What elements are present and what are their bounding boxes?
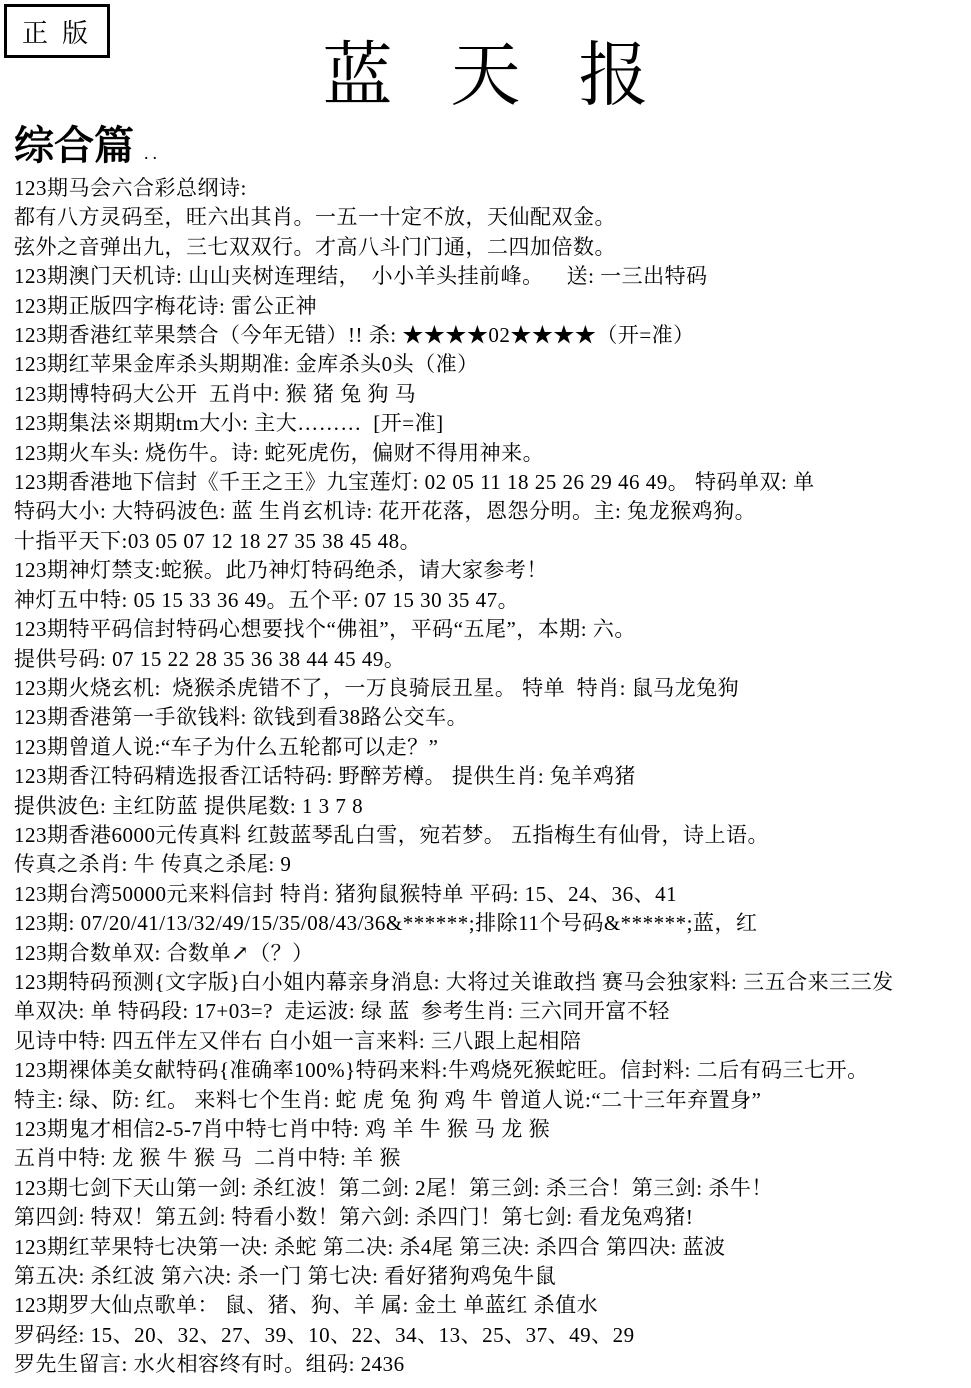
text-line: 罗先生留言: 水火相容终有时。组码: 2436 xyxy=(14,1350,971,1379)
text-line: 123期香港第一手欲钱料: 欲钱到看38路公交车。 xyxy=(14,703,971,732)
text-line: 123期正版四字梅花诗: 雷公正神 xyxy=(14,292,971,321)
text-line: 123期澳门天机诗: 山山夹树连理结， 小小羊头挂前峰。 送: 一三出特码 xyxy=(14,262,971,291)
text-line: 单双决: 单 特码段: 17+03=? 走运波: 绿 蓝 参考生肖: 三六同开富… xyxy=(14,997,971,1026)
text-line: 123期香江特码精选报香江话特码: 野醉芳樽。 提供生肖: 兔羊鸡猪 xyxy=(14,762,971,791)
text-line: 特主: 绿、防: 红。 来料七个生肖: 蛇 虎 兔 狗 鸡 牛 曾道人说:“二十… xyxy=(14,1086,971,1115)
section-title: 综合篇 xyxy=(14,123,134,168)
text-line: 123期神灯禁支:蛇猴。此乃神灯特码绝杀，请大家参考！ xyxy=(14,556,971,585)
text-line: 五肖中特: 龙 猴 牛 猴 马 二肖中特: 羊 猴 xyxy=(14,1144,971,1173)
newspaper-page: 正版 蓝天报 综合篇.. 123期马会六合彩总纲诗:都有八方灵码至，旺六出其肖。… xyxy=(0,0,971,1388)
page-title: 蓝天报 xyxy=(0,0,971,112)
text-line: 提供号码: 07 15 22 28 35 36 38 44 45 49。 xyxy=(14,645,971,674)
text-line: 123期七剑下天山第一剑: 杀红波！第二剑: 2尾！第三剑: 杀三合！第三剑: … xyxy=(14,1174,971,1203)
text-line: 提供波色: 主红防蓝 提供尾数: 1 3 7 8 xyxy=(14,792,971,821)
text-line: 123期红苹果特七决第一决: 杀蛇 第二决: 杀4尾 第三决: 杀四合 第四决:… xyxy=(14,1233,971,1262)
text-line: 十指平天下:03 05 07 12 18 27 35 38 45 48。 xyxy=(14,527,971,556)
text-line: 123期台湾50000元来料信封 特肖: 猪狗鼠猴特单 平码: 15、24、36… xyxy=(14,880,971,909)
text-line: 123期罗大仙点歌单： 鼠、猪、狗、羊 属: 金土 单蓝红 杀值水 xyxy=(14,1291,971,1320)
section-header: 综合篇.. xyxy=(14,126,971,166)
text-line: 123期博特码大公开 五肖中: 猴 猪 兔 狗 马 xyxy=(14,380,971,409)
text-line: 罗码经: 15、20、32、27、39、10、22、34、13、25、37、49… xyxy=(14,1321,971,1350)
text-line: 123期香港红苹果禁合（今年无错）!! 杀: ★★★★02★★★★（开=准） xyxy=(14,321,971,350)
section-dots: .. xyxy=(144,143,161,163)
authentic-badge-label: 正版 xyxy=(22,13,102,50)
text-line: 123期红苹果金库杀头期期准: 金库杀头0头（准） xyxy=(14,350,971,379)
text-line: 弦外之音弹出九，三七双双行。才高八斗门门通，二四加倍数。 xyxy=(14,233,971,262)
text-line: 123期集法※期期tm大小: 主大……… [开=准] xyxy=(14,409,971,438)
text-line: 123期香港6000元传真料 红鼓蓝琴乱白雪，宛若梦。 五指梅生有仙骨，诗上语。 xyxy=(14,821,971,850)
text-line: 123期火烧玄机: 烧猴杀虎错不了，一万良骑辰丑星。 特单 特肖: 鼠马龙兔狗 xyxy=(14,674,971,703)
text-line: 123期火车头: 烧伤牛。诗: 蛇死虎伤，偏财不得用神来。 xyxy=(14,439,971,468)
text-line: 123期裸体美女献特码{准确率100%}特码来料:牛鸡烧死猴蛇旺。信封料: 二后… xyxy=(14,1056,971,1085)
text-line: 传真之杀肖: 牛 传真之杀尾: 9 xyxy=(14,850,971,879)
text-line: 123期曾道人说:“车子为什么五轮都可以走？” xyxy=(14,733,971,762)
text-line: 123期合数单双: 合数单↗（？） xyxy=(14,939,971,968)
authentic-badge: 正版 xyxy=(4,4,110,58)
text-line: 123期香港地下信封《千王之王》九宝莲灯: 02 05 11 18 25 26 … xyxy=(14,468,971,497)
text-line: 123期特平码信封特码心想要找个“佛祖”，平码“五尾”，本期: 六。 xyxy=(14,615,971,644)
text-line: 见诗中特: 四五伴左又伴右 白小姐一言来料: 三八跟上起相陪 xyxy=(14,1027,971,1056)
text-line: 特码大小: 大特码波色: 蓝 生肖玄机诗: 花开花落，恩怨分明。主: 兔龙猴鸡狗… xyxy=(14,497,971,526)
text-line: 123期特码预测{文字版}白小姐内幕亲身消息: 大将过关谁敢挡 赛马会独家料: … xyxy=(14,968,971,997)
text-line: 123期马会六合彩总纲诗: xyxy=(14,174,971,203)
text-line: 神灯五中特: 05 15 33 36 49。五个平: 07 15 30 35 4… xyxy=(14,586,971,615)
text-line: 123期鬼才相信2-5-7肖中特七肖中特: 鸡 羊 牛 猴 马 龙 猴 xyxy=(14,1115,971,1144)
text-line: 第五决: 杀红波 第六决: 杀一门 第七决: 看好猪狗鸡兔牛鼠 xyxy=(14,1262,971,1291)
text-line: 123期: 07/20/41/13/32/49/15/35/08/43/36&*… xyxy=(14,909,971,938)
text-line: 第四剑: 特双！第五剑: 特看小数！第六剑: 杀四门！第七剑: 看龙兔鸡猪! xyxy=(14,1203,971,1232)
text-line: 都有八方灵码至，旺六出其肖。一五一十定不放，天仙配双金。 xyxy=(14,203,971,232)
content-lines: 123期马会六合彩总纲诗:都有八方灵码至，旺六出其肖。一五一十定不放，天仙配双金… xyxy=(14,174,971,1380)
